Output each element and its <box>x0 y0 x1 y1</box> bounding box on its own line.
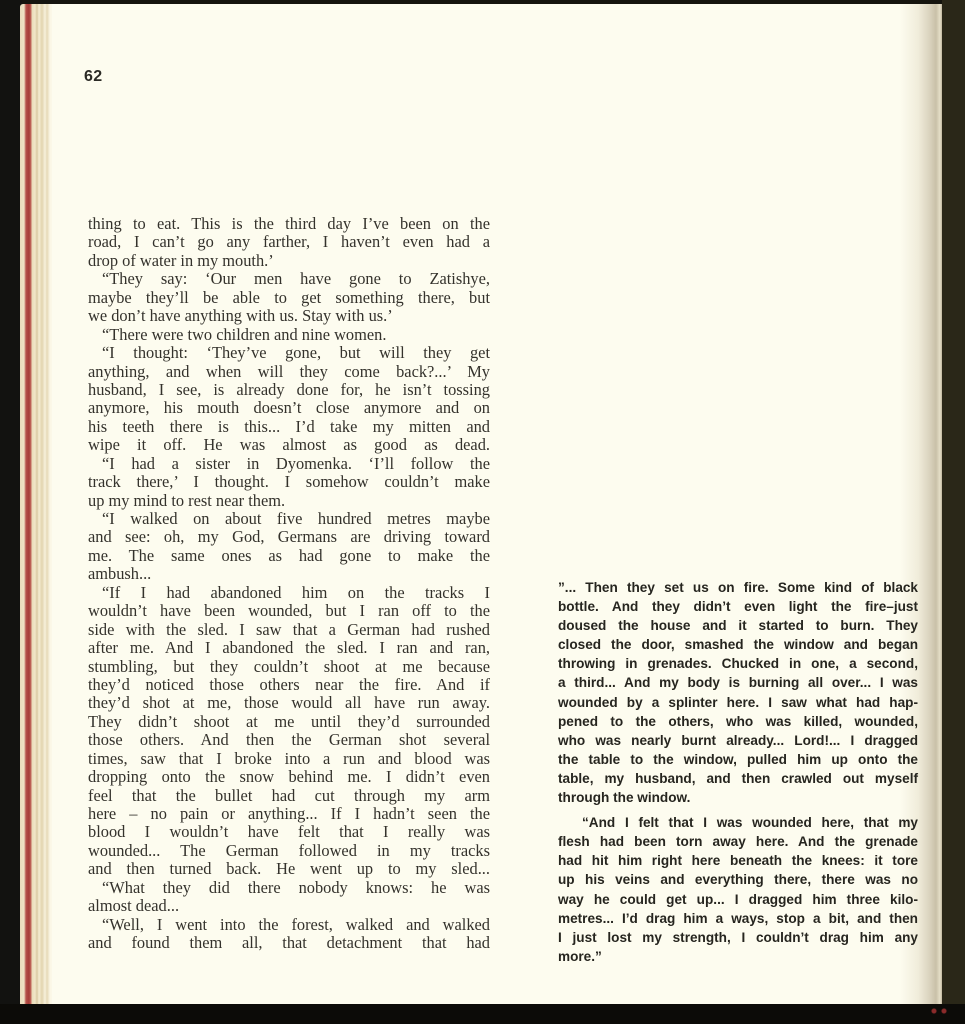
text-line: “If I had abandoned him on the tracks I <box>88 584 490 602</box>
text-line: “I thought: ‘They’ve gone, but will they… <box>88 344 490 362</box>
text-line: me. The same ones as had gone to make th… <box>88 547 490 565</box>
text-line: thing to eat. This is the third day I’ve… <box>88 215 490 233</box>
text-line: they’d noticed those others near the fir… <box>88 676 490 694</box>
caption-line: closed the door, smashed the window and … <box>558 635 918 654</box>
text-line: after me. And I abandoned the sled. I ra… <box>88 639 490 657</box>
text-line: maybe they’ll be able to get something t… <box>88 289 490 307</box>
text-line: and found them all, that detachment that… <box>88 934 490 952</box>
bottom-shadow <box>0 1004 965 1024</box>
text-line: anything, and when will they come back?.… <box>88 363 490 381</box>
caption-line: who was nearly burnt already... Lord!...… <box>558 731 918 750</box>
caption-line: bottle. And they didn’t even light the f… <box>558 597 918 616</box>
caption-line: through the window. <box>558 788 918 807</box>
text-line: ambush... <box>88 565 490 583</box>
book-cover-right <box>942 0 965 1024</box>
caption-line: doused the house and it started to burn.… <box>558 616 918 635</box>
caption-line: a third... And my body is burning all ov… <box>558 673 918 692</box>
caption-line: the table to the window, pulled him up o… <box>558 750 918 769</box>
caption-line: wounded by a splinter here. I saw what h… <box>558 693 918 712</box>
text-line: feel that the bullet had cut through my … <box>88 787 490 805</box>
caption-line: up his veins and everything there, there… <box>558 870 918 889</box>
text-line: “They say: ‘Our men have gone to Zatishy… <box>88 270 490 288</box>
red-marks <box>930 1008 952 1014</box>
text-line: and see: oh, my God, Germans are driving… <box>88 528 490 546</box>
text-line: times, saw that I broke into a run and b… <box>88 750 490 768</box>
text-line: wouldn’t have been wounded, but I ran of… <box>88 602 490 620</box>
page-number: 62 <box>84 68 102 86</box>
caption-paragraph: ”... Then they set us on fire. Some kind… <box>558 578 918 807</box>
text-line: “I walked on about five hundred metres m… <box>88 510 490 528</box>
caption-line: way he could get up... I dragged him thr… <box>558 890 918 909</box>
text-line: here – no pain or anything... If I hadn’… <box>88 805 490 823</box>
text-line: up my mind to rest near them. <box>88 492 490 510</box>
text-line: and then turned back. He went up to my s… <box>88 860 490 878</box>
text-line: stumbling, but they couldn’t shoot at me… <box>88 658 490 676</box>
caption-line: ”... Then they set us on fire. Some kind… <box>558 578 918 597</box>
text-line: “I had a sister in Dyomenka. ‘I’ll follo… <box>88 455 490 473</box>
text-line: his teeth there is this... I’d take my m… <box>88 418 490 436</box>
text-line: wipe it off. He was almost as good as de… <box>88 436 490 454</box>
caption-line: metres... I’d drag him a ways, stop a bi… <box>558 909 918 928</box>
text-line: they’d shot at me, those would all have … <box>88 694 490 712</box>
caption-paragraph: “And I felt that I was wounded here, tha… <box>558 813 918 966</box>
text-line: They didn’t shoot at me until they’d sur… <box>88 713 490 731</box>
text-line: “There were two children and nine women. <box>88 326 490 344</box>
text-line: road, I can’t go any farther, I haven’t … <box>88 233 490 251</box>
caption-line: I just lost my strength, I couldn’t drag… <box>558 928 918 947</box>
text-line: we don’t have anything with us. Stay wit… <box>88 307 490 325</box>
caption-line: “And I felt that I was wounded here, tha… <box>558 813 918 832</box>
text-line: those others. And then the German shot s… <box>88 731 490 749</box>
text-line: drop of water in my mouth.’ <box>88 252 490 270</box>
book-cover-left <box>0 0 22 1024</box>
text-line: dropping onto the snow behind me. I didn… <box>88 768 490 786</box>
page-edges <box>20 4 56 1004</box>
text-line: track there,’ I thought. I somehow could… <box>88 473 490 491</box>
main-text-column: thing to eat. This is the third day I’ve… <box>88 215 490 953</box>
caption-line: pened to the others, who was killed, wou… <box>558 712 918 731</box>
text-line: almost dead... <box>88 897 490 915</box>
caption-text-column: ”... Then they set us on fire. Some kind… <box>558 578 918 966</box>
text-line: “Well, I went into the forest, walked an… <box>88 916 490 934</box>
text-line: anymore, his mouth doesn’t close anymore… <box>88 399 490 417</box>
text-line: “What they did there nobody knows: he wa… <box>88 879 490 897</box>
caption-line: throwing in grenades. Chucked in one, a … <box>558 654 918 673</box>
text-line: wounded... The German followed in my tra… <box>88 842 490 860</box>
text-line: husband, I see, is already done for, he … <box>88 381 490 399</box>
caption-line: table, my husband, and then crawled out … <box>558 769 918 788</box>
text-line: side with the sled. I saw that a German … <box>88 621 490 639</box>
caption-line: more.” <box>558 947 918 966</box>
book-photo: 62 thing to eat. This is the third day I… <box>0 0 965 1024</box>
caption-line: flesh had been torn away here. And the g… <box>558 832 918 851</box>
text-line: blood I wouldn’t have felt that I really… <box>88 823 490 841</box>
caption-line: had hit him right here beneath the knees… <box>558 851 918 870</box>
